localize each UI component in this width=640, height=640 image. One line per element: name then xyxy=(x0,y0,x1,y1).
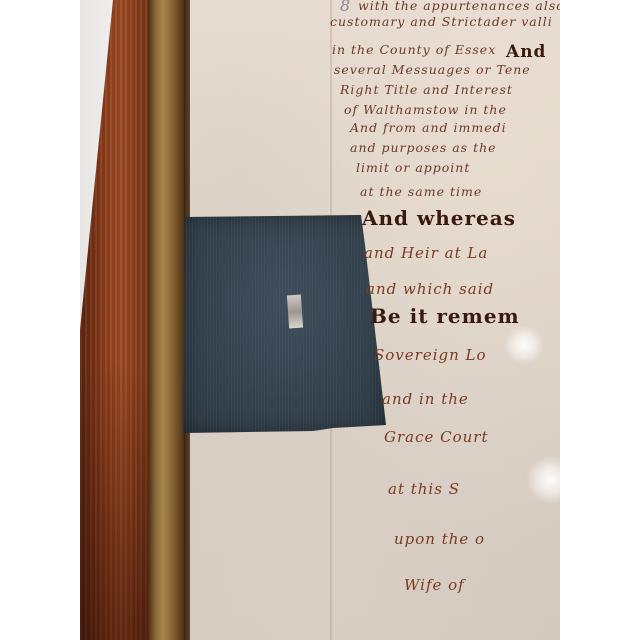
text-line: and purposes as the xyxy=(350,140,497,155)
text-line: upon the o xyxy=(394,530,485,548)
text-line: in the County of Essex xyxy=(332,42,496,57)
text-line: at the same time xyxy=(360,184,482,199)
handwritten-text: with the appurtenances also to all custo… xyxy=(330,0,560,640)
text-line: And from and immedi xyxy=(350,120,507,135)
gilt-frame-strip xyxy=(148,0,186,640)
text-line: Sovereign Lo xyxy=(374,346,487,364)
text-line: Right Title and Interest xyxy=(340,82,513,97)
text-line: Grace Court xyxy=(384,428,489,446)
text-line-heading: And whereas xyxy=(362,206,516,230)
text-line: with the appurtenances also to all xyxy=(358,0,560,13)
foil-tab xyxy=(287,295,303,329)
text-line: and Heir at La xyxy=(364,244,488,262)
glass-glare xyxy=(504,325,544,365)
text-line: limit or appoint xyxy=(356,160,470,175)
text-line: of Walthamstow in the xyxy=(344,102,507,117)
document-photo: 8 with the appurtenances also to all cus… xyxy=(80,0,560,640)
text-line-and: And xyxy=(506,42,546,62)
text-line: Wife of xyxy=(404,576,465,594)
text-line: at this S xyxy=(388,480,460,498)
text-line: and in the xyxy=(382,390,469,408)
text-line: customary and Strictader valli xyxy=(330,14,553,29)
text-line: several Messuages or Tene xyxy=(334,62,531,77)
text-line: and which said xyxy=(366,280,494,298)
text-line-heading: Be it remem xyxy=(370,304,520,328)
